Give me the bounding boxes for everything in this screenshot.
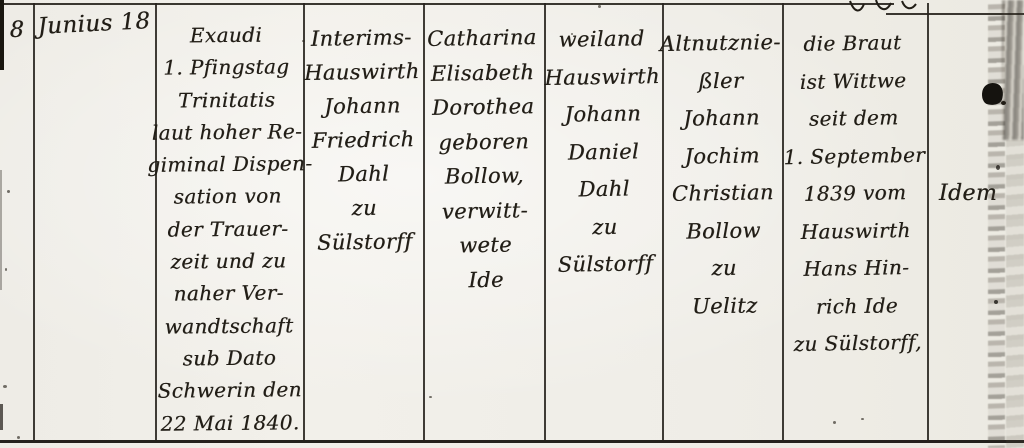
column-father-of-bride: Altnutznie-ßlerJohannJochimChristianBoll…: [657, 24, 787, 326]
register-line: zeit und zu: [148, 244, 308, 278]
register-line: Interims-: [299, 20, 424, 56]
table-rule-col-1: [33, 3, 35, 443]
register-line: die Braut: [778, 24, 927, 64]
register-line: Sülstorff: [302, 224, 427, 260]
register-line: Hauswirth: [300, 54, 425, 90]
register-line: Dahl: [301, 156, 426, 192]
ink-blot-satellite: [1001, 101, 1006, 105]
register-line: rich Ide: [783, 286, 932, 326]
register-line: zu: [544, 207, 666, 247]
register-line: wandtschaft: [149, 309, 309, 343]
register-line: wete: [422, 227, 549, 264]
register-line: der Trauer-: [148, 212, 308, 246]
ink-speckle: [302, 40, 305, 42]
register-line: Exaudi: [146, 18, 306, 52]
register-line: ßler: [658, 61, 784, 101]
register-line: Catharina: [419, 20, 546, 57]
scan-edge-left-mark: [0, 404, 3, 430]
register-line: ist Wittwe: [779, 61, 928, 101]
column-father-of-groom: weilandHauswirthJohannDanielDahlzuSülsto…: [541, 20, 667, 285]
column-entry-number: 8: [2, 18, 32, 43]
register-line: 1. September: [780, 136, 929, 176]
table-rule-top: [0, 3, 894, 5]
register-line: Ide: [423, 261, 550, 298]
register-line: Hauswirth: [781, 211, 930, 251]
register-line: Johann: [542, 95, 664, 135]
register-line: sation von: [147, 180, 307, 214]
ink-speckle: [571, 33, 573, 35]
register-line: Schwerin den: [150, 373, 310, 407]
scan-right-edge-band: [1006, 140, 1024, 448]
ink-speckle: [429, 396, 432, 398]
register-line: laut hoher Re-: [147, 115, 307, 149]
register-line: Jochim: [659, 136, 785, 176]
cut-off-handwriting-fragment: [846, 0, 920, 15]
register-line: Trinitatis: [146, 83, 306, 117]
ink-speckle: [861, 418, 864, 420]
register-line: Daniel: [543, 132, 665, 172]
ink-speckle: [833, 421, 836, 424]
register-line: Bollow: [661, 211, 787, 251]
register-line: 1. Pfingstag: [146, 50, 306, 84]
register-line: zu: [661, 249, 787, 289]
register-line: seit dem: [779, 99, 928, 139]
register-line: zu: [302, 190, 427, 226]
register-line: Junius 18: [33, 8, 154, 40]
column-bridegroom: Interims-HauswirthJohannFriedrichDahlzuS…: [299, 20, 427, 260]
ink-speckle: [994, 300, 998, 304]
register-line: verwitt-: [422, 192, 549, 229]
register-line: Dahl: [543, 170, 665, 210]
register-line: sub Dato: [149, 341, 309, 375]
register-line: giminal Dispen-: [147, 147, 307, 181]
ink-speckle: [3, 385, 7, 388]
column-proclamations: Exaudi1. PfingstagTrinitatislaut hoher R…: [146, 18, 310, 440]
register-line: 8: [2, 18, 32, 43]
column-marriage-date: Junius 18: [33, 8, 154, 40]
register-line: Dorothea: [420, 89, 547, 126]
register-line: Johann: [659, 99, 785, 139]
ink-speckle: [17, 436, 20, 439]
ink-speckle: [7, 190, 10, 193]
register-line: geboren: [420, 123, 547, 160]
register-line: Altnutznie-: [657, 24, 783, 64]
column-remarks: die Brautist Wittweseit dem1. September1…: [778, 24, 932, 364]
column-bride: CatharinaElisabethDorotheageborenBollow,…: [419, 20, 550, 298]
register-scan-page: 8 Junius 18 Exaudi1. PfingstagTrinitatis…: [0, 0, 1024, 448]
register-line: Hans Hin-: [782, 249, 931, 289]
register-line: Friedrich: [301, 122, 426, 158]
register-line: Elisabeth: [419, 54, 546, 91]
register-line: Bollow,: [421, 158, 548, 195]
scan-edge-left-shadow: [0, 170, 2, 290]
scan-corner-dark-band: [1002, 0, 1024, 140]
register-line: weiland: [541, 20, 663, 60]
register-line: naher Ver-: [149, 277, 309, 311]
register-line: 22 Mai 1840.: [150, 406, 310, 440]
register-line: Hauswirth: [541, 57, 663, 97]
ink-speckle: [5, 268, 7, 271]
table-rule-bottom: [0, 440, 1024, 443]
scan-edge-left-dark-bar: [0, 0, 4, 70]
register-line: Christian: [660, 174, 786, 214]
register-line: Johann: [300, 88, 425, 124]
register-line: zu Sülstorff,: [783, 324, 932, 364]
register-line: Sülstorff: [545, 245, 667, 285]
register-line: 1839 vom: [781, 174, 930, 214]
register-line: Uelitz: [662, 286, 788, 326]
ink-speckle: [996, 165, 1000, 170]
ink-speckle: [598, 5, 601, 8]
